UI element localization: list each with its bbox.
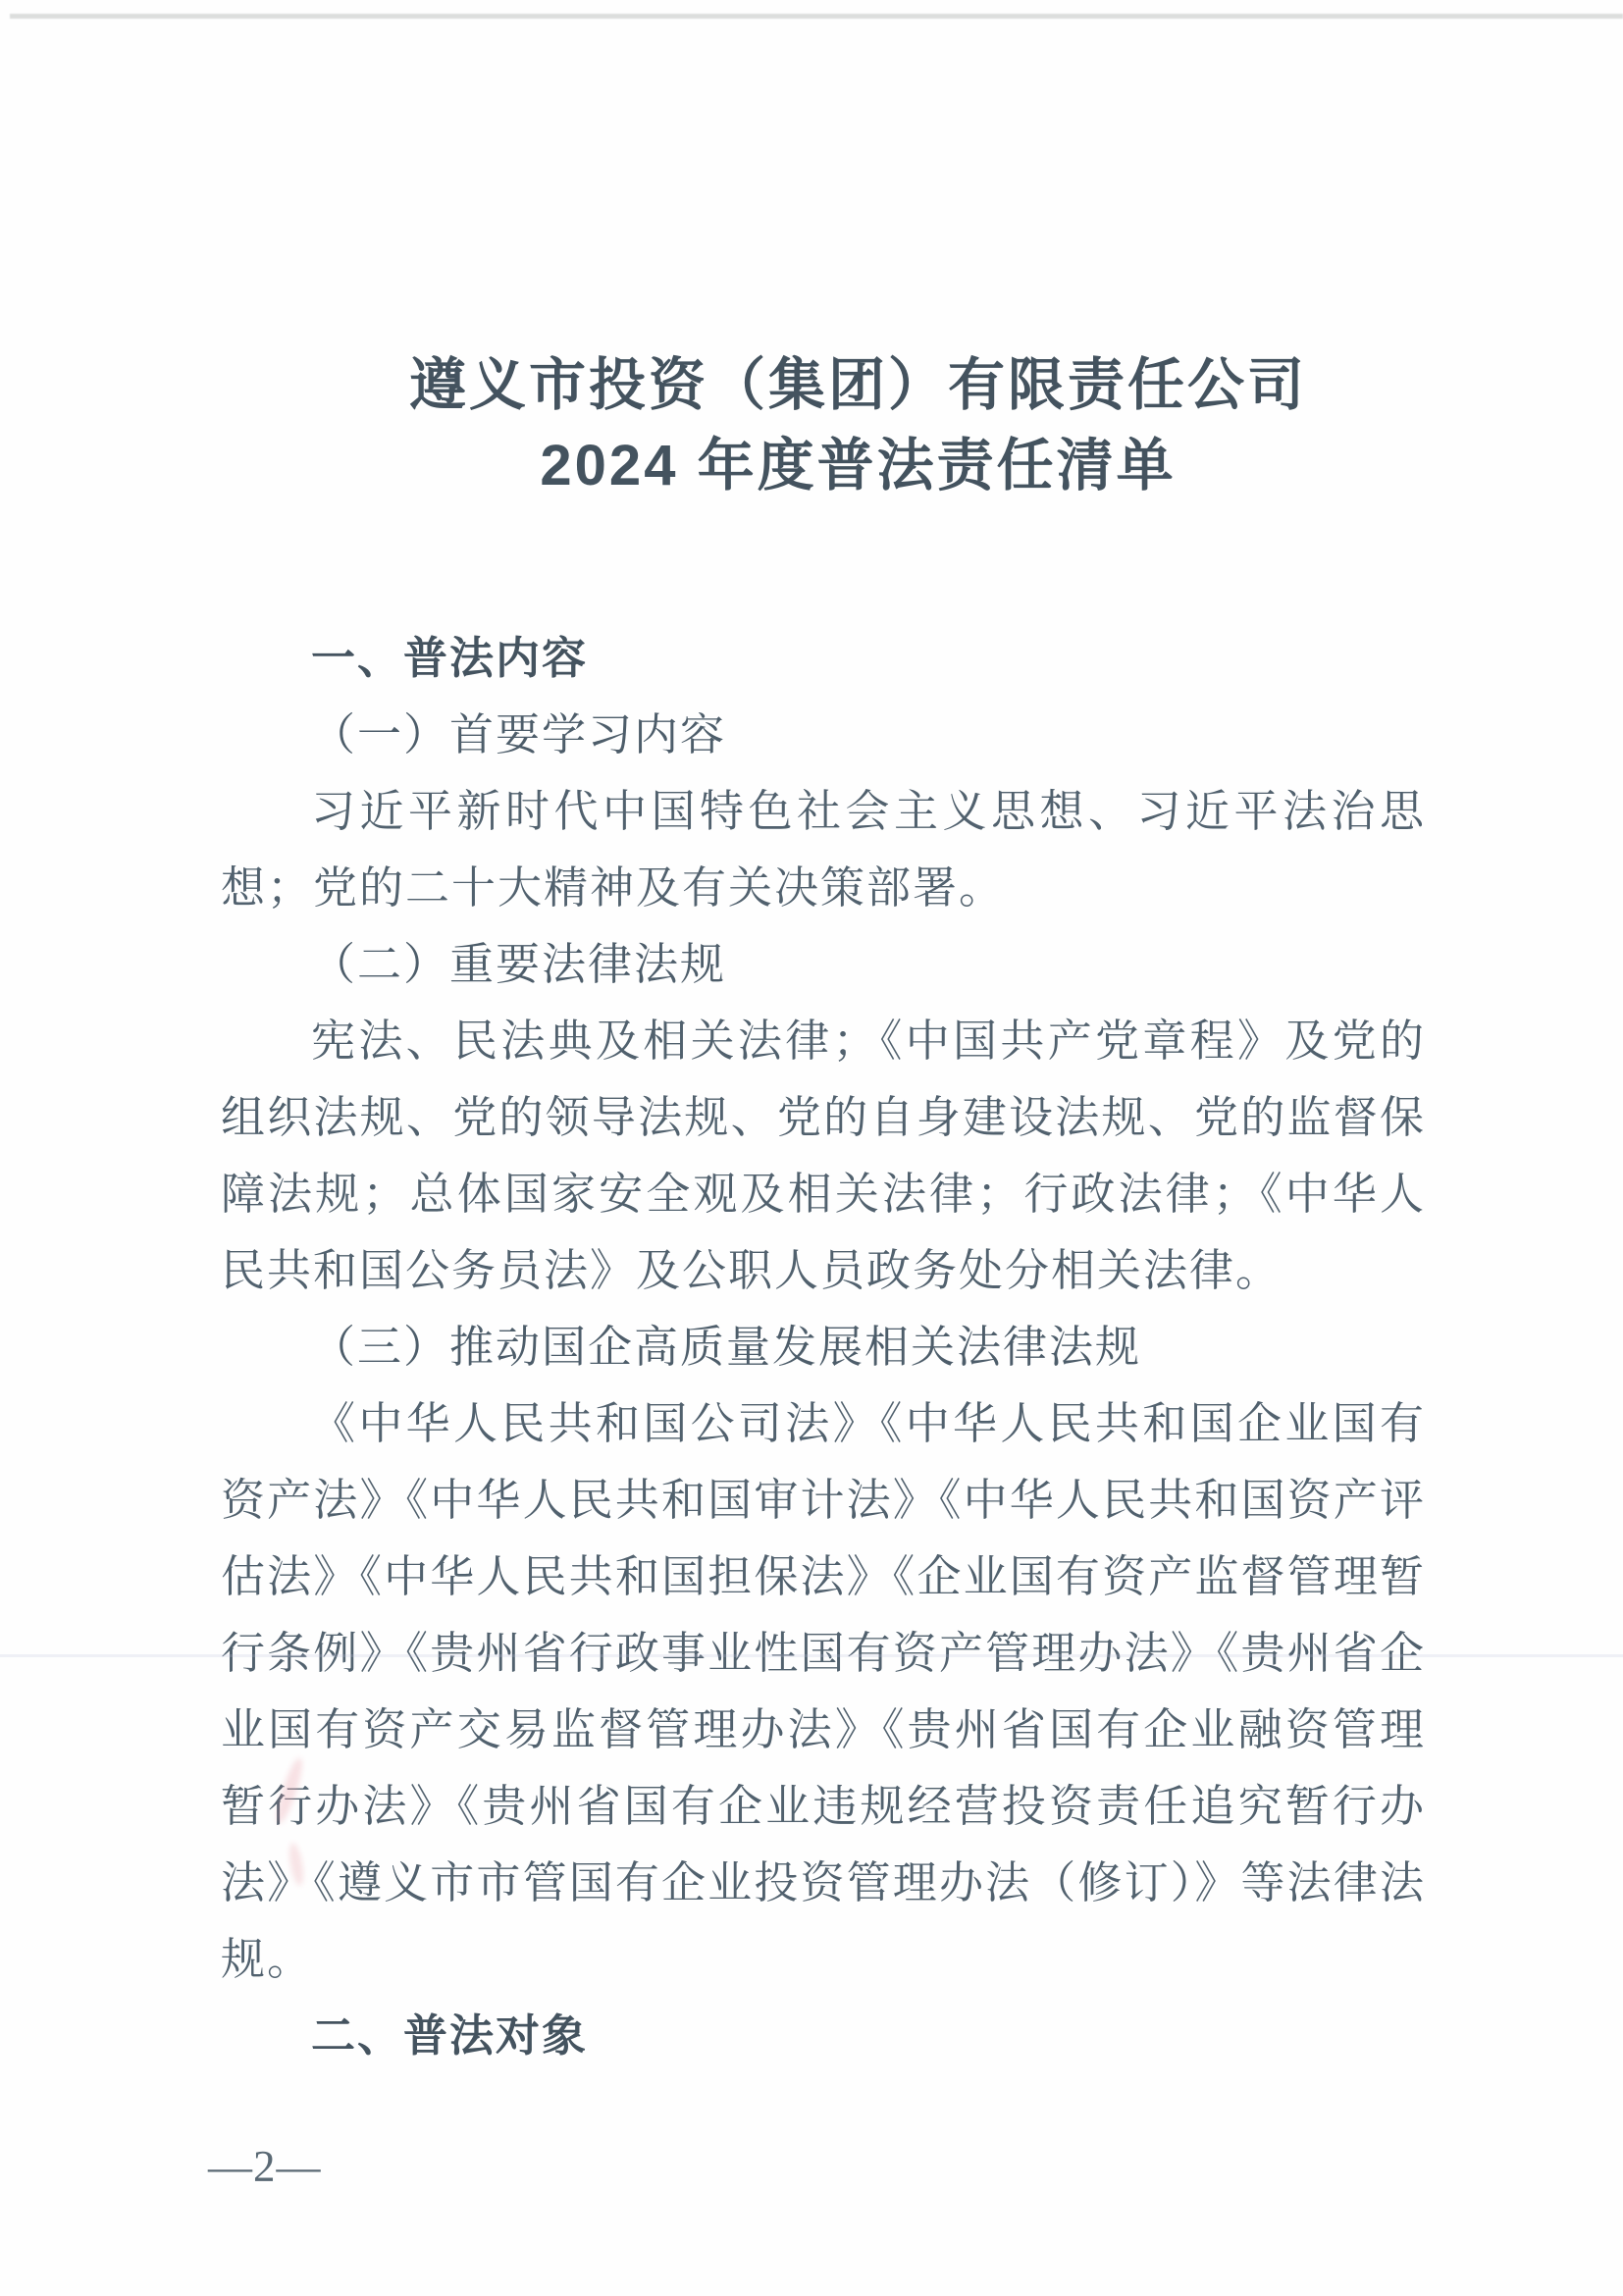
document-body: 一、普法内容 （一）首要学习内容 习近平新时代中国特色社会主义思想、习近平法治思…	[221, 620, 1426, 2074]
document-page: 遵义市投资（集团）有限责任公司 2024 年度普法责任清单 一、普法内容 （一）…	[0, 0, 1623, 2296]
document-title-line-1: 遵义市投资（集团）有限责任公司	[93, 345, 1623, 426]
section-1-heading: 一、普法内容	[221, 620, 1426, 697]
scan-artifact-streak	[0, 1654, 1623, 1657]
document-title: 遵义市投资（集团）有限责任公司 2024 年度普法责任清单	[0, 345, 1623, 506]
section-1-subsection-1-heading: （一）首要学习内容	[221, 697, 1426, 773]
page-number: —2—	[208, 2141, 322, 2192]
section-1-subsection-2-paragraph: 宪法、民法典及相关法律；《中国共产党章程》及党的组织法规、党的领导法规、党的自身…	[221, 1003, 1426, 1309]
section-1-subsection-1-paragraph: 习近平新时代中国特色社会主义思想、习近平法治思想；党的二十大精神及有关决策部署。	[221, 773, 1426, 926]
scan-artifact-top-edge	[10, 14, 1623, 19]
section-1-subsection-3-heading: （三）推动国企高质量发展相关法律法规	[221, 1309, 1426, 1385]
section-1-subsection-2-heading: （二）重要法律法规	[221, 926, 1426, 1003]
section-1-subsection-3-paragraph: 《中华人民共和国公司法》《中华人民共和国企业国有资产法》《中华人民共和国审计法》…	[221, 1385, 1426, 1998]
document-title-line-2: 2024 年度普法责任清单	[93, 426, 1623, 506]
section-2-heading: 二、普法对象	[221, 1998, 1426, 2074]
